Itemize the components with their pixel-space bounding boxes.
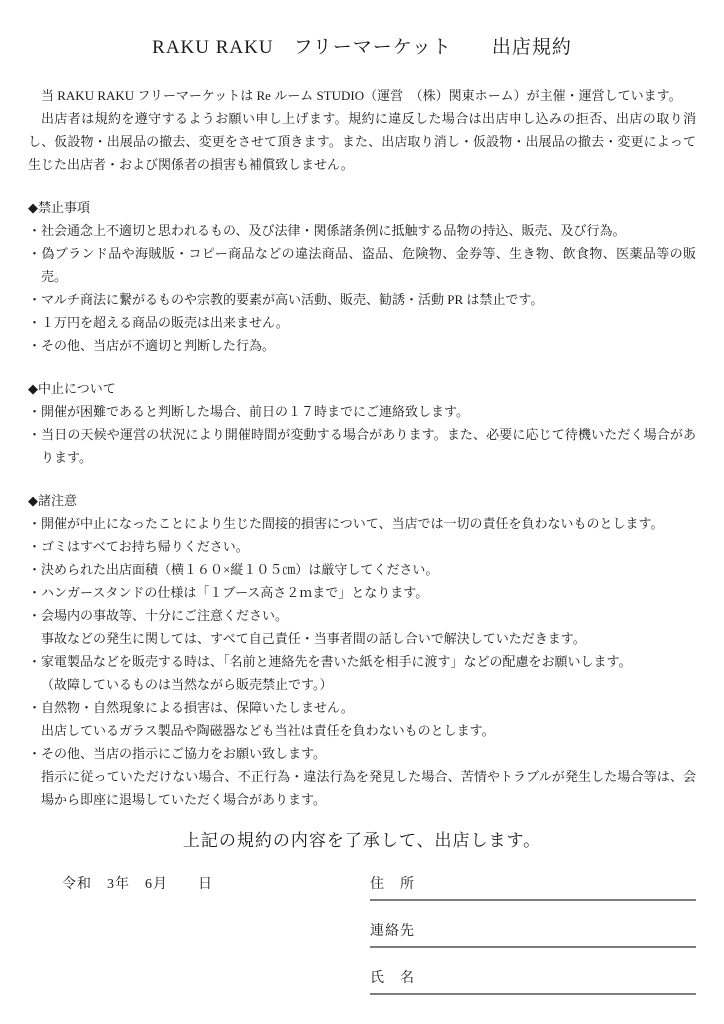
date-line: 令和 3年 6月 日: [28, 873, 370, 896]
rule-item: ・自然物・自然現象による損害は、保障いたしません。: [28, 696, 696, 719]
document-page: RAKU RAKU フリーマーケット 出店規約 当 RAKU RAKU フリーマ…: [0, 0, 724, 1024]
section-heading: ◆中止について: [28, 377, 696, 400]
rule-item: ・開催が中止になったことにより生じた間接的損害について、当店では一切の責任を負わ…: [28, 512, 696, 535]
rule-item: ・１万円を超える商品の販売は出来ません。: [28, 311, 696, 334]
rule-item-note: （故障しているものは当然ながら販売禁止です。）: [28, 673, 696, 696]
rule-item: ・開催が困難であると判断した場合、前日の１７時までにご連絡致します。: [28, 400, 696, 423]
rule-item: ・決められた出店面積（横１６０×縦１０５㎝）は厳守してください。: [28, 558, 696, 581]
intro-paragraph-2: 出店者は規約を遵守するようお願い申し上げます。規約に違反した場合は出店申し込みの…: [28, 107, 696, 176]
address-field: 住 所: [370, 873, 696, 901]
contact-field: 連絡先: [370, 920, 696, 948]
section-heading: ◆禁止事項: [28, 196, 696, 219]
rule-item: ・家電製品などを販売する時は、「名前と連絡先を書いた紙を相手に渡す」などの配慮を…: [28, 650, 696, 673]
section-heading: ◆諸注意: [28, 489, 696, 512]
rule-item-note: 事故などの発生に関しては、すべて自己責任・当事者間の話し合いで解決していただきま…: [28, 627, 696, 650]
rule-item-note: 指示に従っていただけない場合、不正行為・違法行為を発見した場合、苦情やトラブルが…: [28, 765, 696, 811]
rule-item: ・社会通念上不適切と思われるもの、及び法律・関係諸条例に抵触する品物の持込、販売…: [28, 219, 696, 242]
rule-item: ・ゴミはすべてお持ち帰りください。: [28, 535, 696, 558]
section-general-notes: ◆諸注意 ・開催が中止になったことにより生じた間接的損害について、当店では一切の…: [28, 489, 696, 811]
rule-item: ・ハンガースタンドの仕様は「１ブース高さ２ｍまで」となります。: [28, 581, 696, 604]
rule-item: ・その他、当店の指示にご協力をお願い致します。: [28, 742, 696, 765]
rule-item-note: 出店しているガラス製品や陶磁器なども当社は責任を負わないものとします。: [28, 719, 696, 742]
name-field: 氏 名: [370, 967, 696, 995]
intro-paragraph-1: 当 RAKU RAKU フリーマーケットは Re ルーム STUDIO（運営 （…: [28, 84, 696, 107]
section-cancellation: ◆中止について ・開催が困難であると判断した場合、前日の１７時までにご連絡致しま…: [28, 377, 696, 469]
rule-item: ・当日の天候や運営の状況により開催時間が変動する場合があります。また、必要に応じ…: [28, 423, 696, 469]
document-title: RAKU RAKU フリーマーケット 出店規約: [28, 34, 696, 62]
address-label: 住 所: [370, 877, 415, 892]
rule-item: ・会場内の事故等、十分にご注意ください。: [28, 604, 696, 627]
name-label: 氏 名: [370, 971, 415, 986]
contact-label: 連絡先: [370, 924, 415, 939]
rule-item: ・その他、当店が不適切と判断した行為。: [28, 334, 696, 357]
rule-item: ・偽ブランド品や海賊版・コピー商品などの違法商品、盗品、危険物、金券等、生き物、…: [28, 242, 696, 288]
signature-fields: 住 所 連絡先 氏 名: [370, 873, 696, 1014]
signature-block: 令和 3年 6月 日 住 所 連絡先 氏 名: [28, 873, 696, 1014]
section-prohibited-items: ◆禁止事項 ・社会通念上不適切と思われるもの、及び法律・関係諸条例に抵触する品物…: [28, 196, 696, 357]
rule-item: ・マルチ商法に繋がるものや宗教的要素が高い活動、販売、勧誘・活動 PR は禁止で…: [28, 288, 696, 311]
acceptance-statement: 上記の規約の内容を了承して、出店します。: [28, 827, 696, 855]
